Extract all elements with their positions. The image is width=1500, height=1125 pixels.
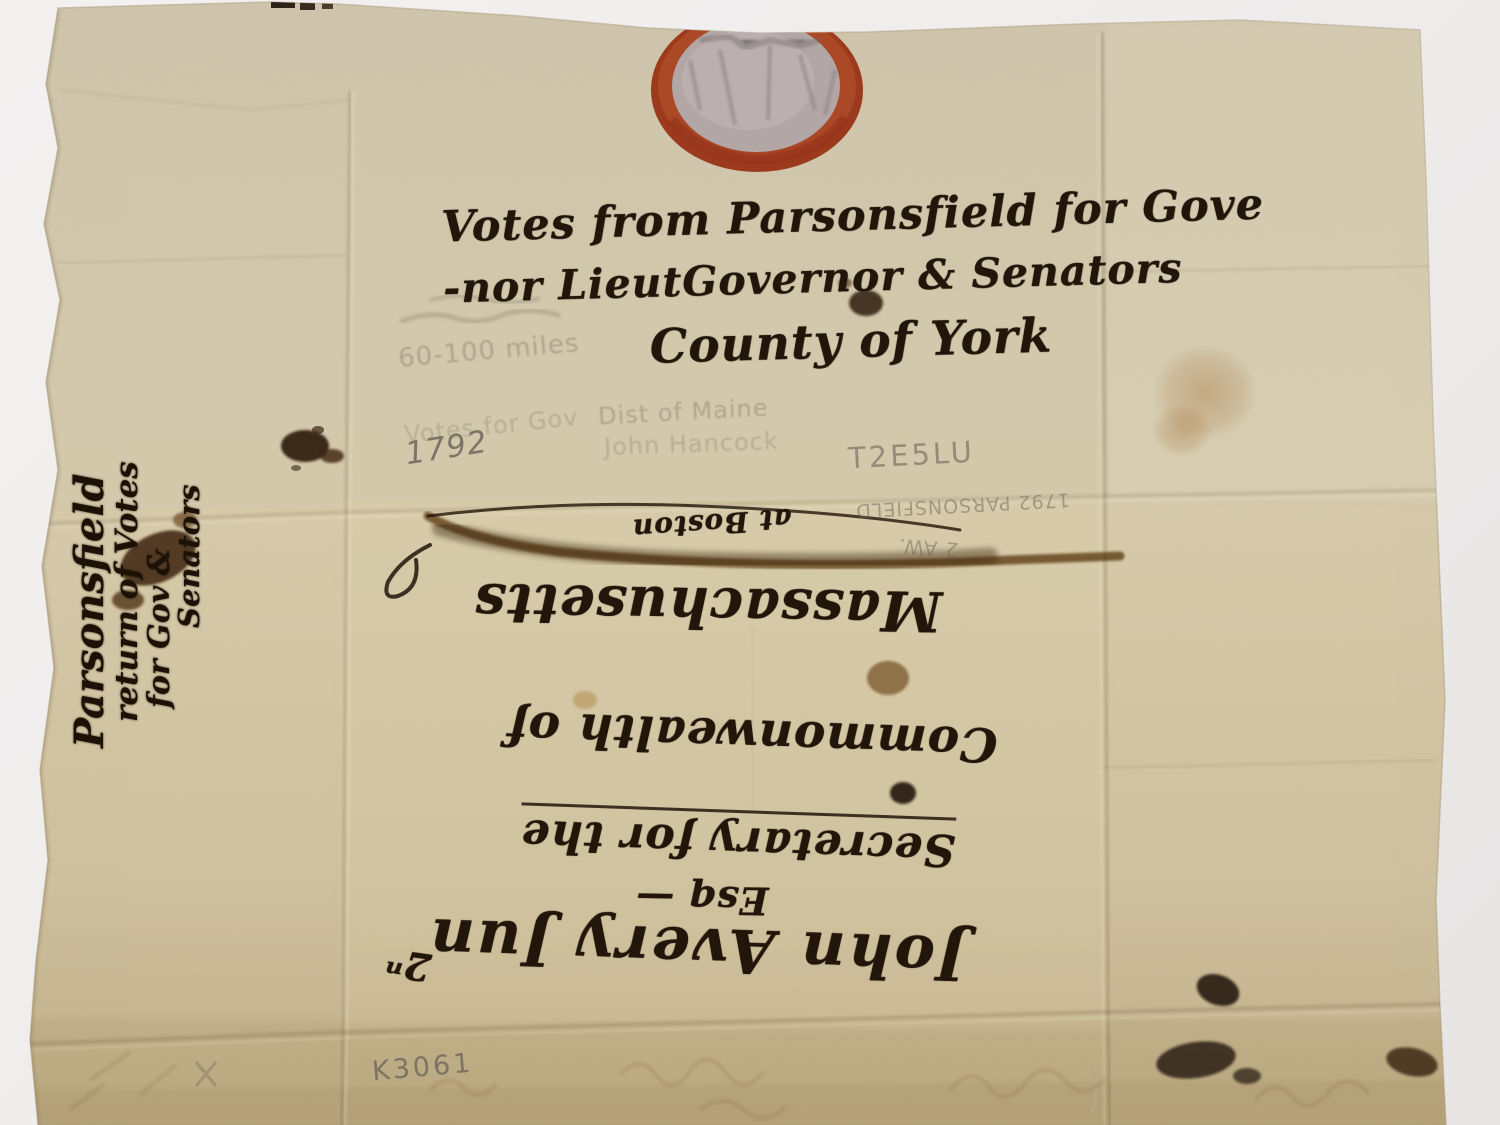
docket-line-1: Parsonsfield: [70, 278, 110, 748]
pencil-inverted-note-2: 2 AW.: [897, 534, 959, 562]
photograph-of-letter: Votes from Parsonsfield for Gove -nor Li…: [0, 0, 1500, 1125]
docket-block: Parsonsfield return of Votes for Gov & S…: [70, 278, 204, 748]
docket-line-3: for Gov &: [145, 278, 175, 708]
docket-line-2: return of Votes: [112, 278, 143, 722]
postal-rate-mark: 2ⁿ: [382, 938, 434, 991]
docket-line-4: Senators: [175, 278, 204, 628]
pencil-code-note: T2E5LU: [847, 435, 975, 476]
address-massachusetts: Massachusetts: [473, 569, 942, 646]
